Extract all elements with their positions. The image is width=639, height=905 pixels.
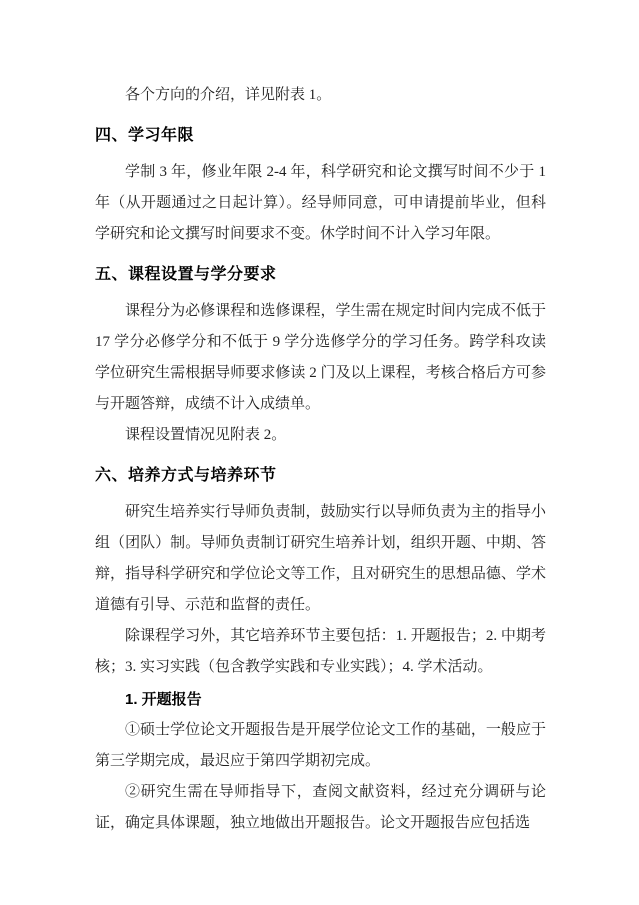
paragraph-study-duration: 学制 3 年，修业年限 2-4 年，科学研究和论文撰写时间不少于 1 年（从开题… [95, 157, 546, 250]
heading-section-6-training-methods: 六、培养方式与培养环节 [95, 460, 546, 491]
paragraph-credit-requirements: 课程分为必修课程和选修课程，学生需在规定时间内完成不低于 17 学分必修学分和不… [95, 296, 546, 420]
paragraph-training-components-list: 除课程学习外，其它培养环节主要包括：1. 开题报告；2. 中期考核；3. 实习实… [95, 621, 546, 683]
paragraph-proposal-report-item2: ②研究生需在导师指导下，查阅文献资料，经过充分调研与论证，确定具体课题，独立地做… [95, 777, 546, 839]
paragraph-appendix2-note: 课程设置情况见附表 2。 [95, 420, 546, 451]
paragraph-proposal-report-item1: ①硕士学位论文开题报告是开展学位论文工作的基础，一般应于第三学期完成，最迟应于第… [95, 715, 546, 777]
subheading-proposal-report: 1. 开题报告 [95, 684, 546, 715]
paragraph-appendix1-note: 各个方向的介绍，详见附表 1。 [95, 80, 546, 111]
heading-section-4-study-duration: 四、学习年限 [95, 120, 546, 151]
heading-section-5-courses-credits: 五、课程设置与学分要求 [95, 259, 546, 290]
paragraph-supervisor-responsibility: 研究生培养实行导师负责制，鼓励实行以导师负责为主的指导小组（团队）制。导师负责制… [95, 497, 546, 621]
document-page: 各个方向的介绍，详见附表 1。 四、学习年限 学制 3 年，修业年限 2-4 年… [0, 0, 639, 905]
